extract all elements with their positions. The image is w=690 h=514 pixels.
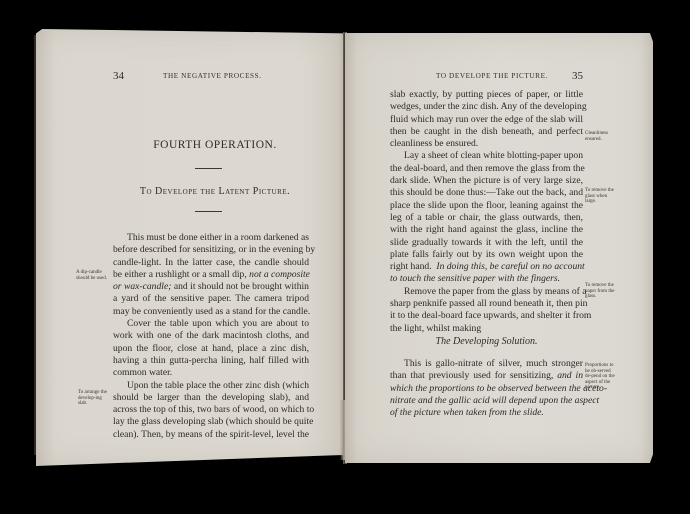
text-line: Lay a sheet of clean white blotting-pape… bbox=[390, 150, 583, 162]
text-line: to touch the sensitive paper with the fi… bbox=[390, 273, 583, 285]
text-line: should be larger than the developing sla… bbox=[113, 392, 309, 404]
text-line: a yard of the sensitive paper. The camer… bbox=[113, 293, 309, 305]
text-line: the light, whilst making bbox=[390, 323, 583, 335]
text-line: wedges, under the zinc dish. Any of the … bbox=[390, 101, 583, 113]
text-line: be either a rushlight or a small dip, no… bbox=[113, 269, 309, 281]
text-line: Cover the table upon which you are about… bbox=[113, 318, 309, 330]
text-fragment: right hand. bbox=[390, 261, 432, 272]
text-line: which the proportions to be observed bet… bbox=[390, 383, 583, 395]
chapter-heading: FOURTH OPERATION. bbox=[100, 139, 330, 151]
left-body-text: This must be done either in a room darke… bbox=[113, 232, 309, 441]
left-running-head: THE NEGATIVE PROCESS. bbox=[163, 72, 262, 80]
italic-fragment: not a composite bbox=[249, 269, 310, 280]
marginal-note: To arrange the develop-ing slab. bbox=[78, 390, 112, 407]
text-fragment: and it should not be brought within bbox=[171, 281, 309, 292]
text-line: plate falls fairly out by its own weight… bbox=[390, 249, 583, 261]
text-line: common water. bbox=[113, 367, 309, 379]
text-line: Remove the paper from the glass by means… bbox=[390, 286, 583, 298]
text-line: This is gallo-nitrate of silver, much st… bbox=[390, 358, 583, 370]
marginal-note: A dip-candle should be used. bbox=[76, 270, 112, 281]
marginal-note: Cleanliness ensured. bbox=[585, 131, 617, 142]
text-line: work with one of the dark macintosh clot… bbox=[113, 330, 309, 342]
text-line: slide gradually towards it with the left… bbox=[390, 237, 583, 249]
text-line: right hand. In doing this, be careful on… bbox=[390, 261, 583, 273]
text-line: across the top of this, two bars of wood… bbox=[113, 404, 309, 416]
right-running-head: TO DEVELOPE THE PICTURE. bbox=[436, 72, 548, 80]
text-line: lay the glass developing slab (which sho… bbox=[113, 416, 309, 428]
italic-fragment: and in bbox=[557, 370, 583, 381]
text-line: upon the floor, close at hand, place a z… bbox=[113, 343, 309, 355]
text-line: leg of a table or chair, the glass outwa… bbox=[390, 212, 583, 224]
text-line: nitrate and the gallic acid will depend … bbox=[390, 395, 583, 407]
text-line: or wax-candle; and it should not be brou… bbox=[113, 281, 309, 293]
text-line: sharp penknife passed all round beneath … bbox=[390, 298, 583, 310]
text-line: having a thin gutta-percha lining, half … bbox=[113, 355, 309, 367]
text-line: before described for sensitizing, or in … bbox=[113, 244, 309, 256]
text-fragment: be either a rushlight or a small dip, bbox=[113, 269, 247, 280]
text-line: this should be done thus:—Take out the b… bbox=[390, 187, 583, 199]
italic-fragment: or wax-candle; bbox=[113, 281, 171, 292]
text-line: Upon the table place the other zinc dish… bbox=[113, 380, 309, 392]
marginal-note: Proportions to be ob-served de-pend on t… bbox=[585, 363, 617, 391]
text-line: may be conveniently used as a stand for … bbox=[113, 306, 309, 318]
text-line: clean). Then, by means of the spirit-lev… bbox=[113, 429, 309, 441]
left-page-number: 34 bbox=[113, 70, 124, 82]
text-line: slab exactly, by putting pieces of paper… bbox=[390, 89, 583, 101]
text-line: the deal-board, and then remove the glas… bbox=[390, 163, 583, 175]
text-line: then be caught in the dish beneath, and … bbox=[390, 126, 583, 138]
text-fragment: than that previously used for sensitizin… bbox=[390, 370, 553, 381]
text-line: of the picture when taken from the slide… bbox=[390, 407, 583, 419]
subheading-rule bbox=[195, 211, 222, 212]
text-line: This must be done either in a room darke… bbox=[113, 232, 309, 244]
right-page-number: 35 bbox=[572, 70, 583, 82]
text-line: it to the deal-board face upwards, and s… bbox=[390, 310, 583, 322]
marginal-note: To remove the glass when large. bbox=[585, 188, 617, 205]
text-line: dark slide. When the picture is of very … bbox=[390, 175, 583, 187]
marginal-note: To remove the paper from the glass. bbox=[585, 283, 615, 300]
text-line: place the slide upon the floor, leaning … bbox=[390, 200, 583, 212]
right-body-text-bottom: This is gallo-nitrate of silver, much st… bbox=[390, 358, 583, 419]
section-title: The Developing Solution. bbox=[390, 336, 583, 347]
text-line: than that previously used for sensitizin… bbox=[390, 370, 583, 382]
text-line: fluid which may run over the edge of the… bbox=[390, 114, 583, 126]
right-body-text-top: slab exactly, by putting pieces of paper… bbox=[390, 89, 583, 335]
text-line: with the right hand against the glass, i… bbox=[390, 224, 583, 236]
text-line: candle-light. In the latter case, the ca… bbox=[113, 257, 309, 269]
heading-rule bbox=[195, 168, 222, 169]
text-line: cleanliness be ensured. bbox=[390, 138, 583, 150]
italic-fragment: In doing this, be careful on no account bbox=[436, 261, 584, 272]
chapter-subheading: To Develope the Latent Picture. bbox=[100, 186, 330, 197]
